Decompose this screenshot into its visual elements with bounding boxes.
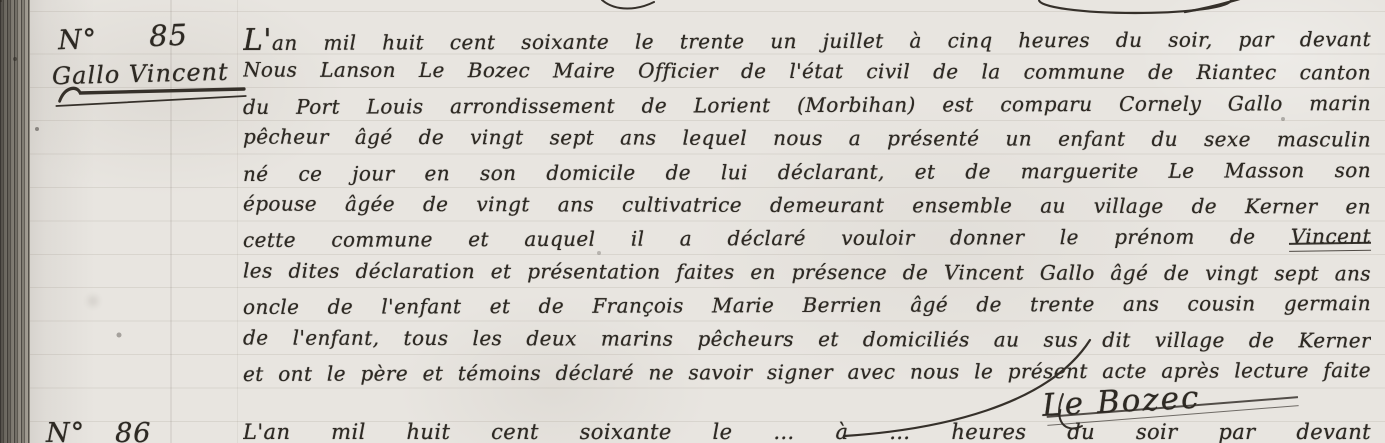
body-line-text: L'an mil huit cent soixante le trente un… bbox=[243, 27, 1371, 55]
body-line: pêcheur âgé de vingt sept ans lequel nou… bbox=[243, 121, 1371, 157]
body-line: de l'enfant, tous les deux marins pêcheu… bbox=[243, 321, 1371, 357]
body-line-text: Nous Lanson Le Bozec Maire Officier de l… bbox=[243, 58, 1371, 85]
body-line: né ce jour en son domicile de lui déclar… bbox=[243, 154, 1371, 191]
body-line: oncle de l'enfant et de François Marie B… bbox=[243, 287, 1371, 324]
act-body-text: L'an mil huit cent soixante le trente un… bbox=[243, 22, 1371, 389]
next-record-number: N°86 bbox=[46, 418, 151, 443]
body-line-text: épouse âgée de vingt ans cultivatrice de… bbox=[243, 191, 1371, 218]
body-line-text: né ce jour en son domicile de lui déclar… bbox=[243, 158, 1371, 186]
previous-line-descender-icon bbox=[598, 0, 658, 14]
body-line: cette commune et auquel il a déclaré vou… bbox=[243, 220, 1371, 257]
next-record-number-value: 86 bbox=[115, 418, 151, 443]
body-line: les dites déclaration et présentation fa… bbox=[243, 254, 1371, 290]
record-margin-name: Gallo Vincent bbox=[52, 58, 229, 91]
body-line-text: les dites déclaration et présentation fa… bbox=[243, 258, 1371, 285]
record-number-value: 85 bbox=[149, 18, 189, 53]
body-line-text: cette commune et auquel il a déclaré vou… bbox=[243, 225, 1291, 253]
body-line-text: du Port Louis arrondissement de Lorient … bbox=[243, 91, 1371, 119]
register-page-scan: N°85 Gallo Vincent L'an mil huit cent so… bbox=[0, 0, 1385, 443]
body-line-text: de l'enfant, tous les deux marins pêcheu… bbox=[243, 325, 1371, 352]
body-line-text: pêcheur âgé de vingt sept ans lequel nou… bbox=[243, 125, 1371, 152]
body-line: épouse âgée de vingt ans cultivatrice de… bbox=[243, 187, 1371, 223]
record-number-label: N° bbox=[58, 24, 98, 56]
next-record-first-line-partial: L'an mil huit cent soixante le … à … heu… bbox=[243, 416, 1371, 443]
next-record-number-label: N° bbox=[46, 418, 85, 443]
given-name-underlined: Vincent bbox=[1291, 224, 1371, 248]
body-line: du Port Louis arrondissement de Lorient … bbox=[243, 87, 1371, 124]
book-binding-edge bbox=[0, 0, 30, 443]
record-number: N°85 bbox=[57, 18, 188, 57]
previous-signature-flourish-icon bbox=[1035, 0, 1285, 22]
body-line: Nous Lanson Le Bozec Maire Officier de l… bbox=[243, 54, 1371, 90]
margin-separator-line bbox=[237, 0, 238, 443]
body-line: L'an mil huit cent soixante le trente un… bbox=[243, 20, 1371, 57]
ink-specks bbox=[0, 0, 2, 2]
body-line-text: oncle de l'enfant et de François Marie B… bbox=[243, 291, 1371, 319]
